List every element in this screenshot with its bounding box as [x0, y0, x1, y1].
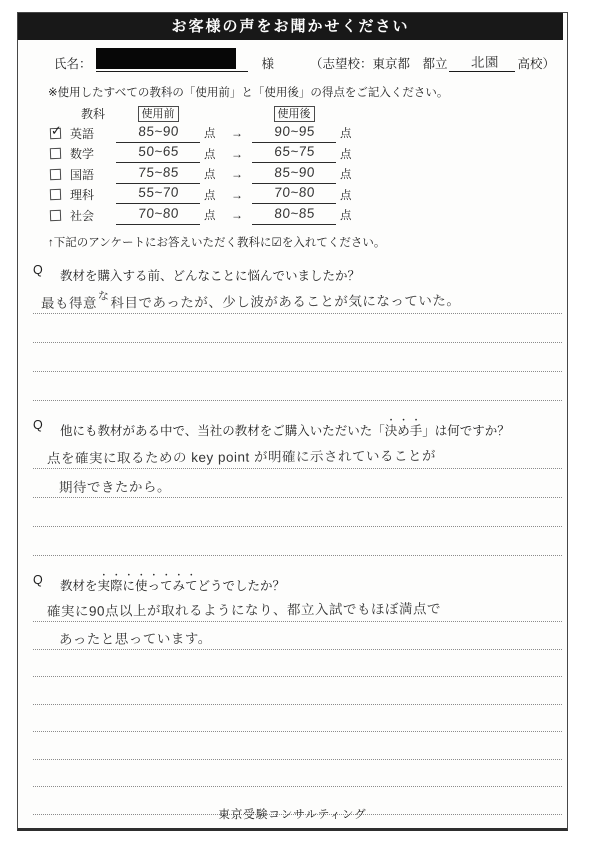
answer-line: [33, 732, 562, 760]
subject-label: 数学: [70, 145, 116, 162]
question-section-1: Q 教材を購入する前、どんなことに悩んでいましたか？ 最も得意な科目であったが、…: [33, 263, 562, 401]
before-score: 75~85: [138, 164, 179, 179]
answer-line: [33, 372, 562, 401]
answer-line: [33, 760, 562, 788]
subject-label: 英語: [70, 125, 116, 142]
after-score: 70~80: [274, 185, 315, 200]
question-text: 教材を購入する前、どんなことに悩んでいましたか？: [60, 263, 360, 284]
question-label: Q: [33, 418, 50, 439]
subject-header: 教科: [70, 105, 116, 122]
answer-line: あったと思っています。: [33, 622, 562, 650]
after-score: 90~95: [274, 123, 315, 138]
question-label: Q: [33, 573, 50, 594]
score-row-science: 理科 55~70 点 → 70~80 点: [50, 185, 567, 206]
answer-line: 期待できたから。: [33, 469, 562, 498]
before-score: 55~70: [138, 185, 179, 200]
before-score: 50~65: [138, 144, 179, 159]
before-header: 使用前: [138, 106, 179, 122]
unit-label: 点: [200, 207, 222, 223]
footer-company-name: 東京受験コンサルティング: [18, 806, 567, 822]
arrow-icon: →: [222, 147, 252, 161]
question-line: Q 他にも教材がある中で、当社の教材をご購入いただいた「決め手」は何ですか？: [33, 418, 562, 439]
form-title: お客様の声をお聞かせください: [171, 18, 409, 35]
answer-line: [33, 343, 562, 372]
subject-checkbox: [50, 128, 61, 139]
answer-line: [33, 650, 562, 678]
after-score: 80~85: [274, 205, 315, 220]
score-row-english: 英語 85~90 点 → 90~95 点: [50, 123, 567, 144]
question-text: 他にも教材がある中で、当社の教材をご購入いただいた「決め手」は何ですか？: [60, 418, 510, 439]
question-line: Q 教材を実際に使ってみてどうでしたか？: [33, 573, 562, 594]
score-row-social: 社会 70~80 点 → 80~85 点: [50, 205, 567, 226]
after-score: 85~90: [274, 164, 315, 179]
score-table-header: 教科 使用前 使用後: [50, 104, 567, 123]
after-header: 使用後: [274, 106, 315, 122]
subject-checkbox: [50, 169, 61, 180]
unit-label: 点: [336, 125, 358, 141]
name-field: [96, 47, 248, 72]
question-section-3: Q 教材を実際に使ってみてどうでしたか？ 確実に90点以上が取れるようになり、都…: [33, 573, 562, 815]
question-line: Q 教材を購入する前、どんなことに悩んでいましたか？: [33, 263, 562, 284]
name-row: 氏名： 様 （志望校：東京都 都立 北園 高校）: [54, 47, 555, 72]
unit-label: 点: [336, 187, 358, 203]
question-text: 教材を実際に使ってみてどうでしたか？: [60, 573, 285, 594]
unit-label: 点: [200, 125, 222, 141]
score-row-japanese: 国語 75~85 点 → 85~90 点: [50, 164, 567, 185]
answer-line: [33, 527, 562, 556]
instruction-note: ※使用したすべての教科の「使用前」と「使用後」の得点をご記入ください。: [48, 84, 567, 100]
name-label: 氏名：: [54, 54, 92, 72]
school-prefix: （志望校：東京都 都立: [310, 54, 448, 72]
question-section-2: Q 他にも教材がある中で、当社の教材をご購入いただいた「決め手」は何ですか？ 点…: [33, 418, 562, 556]
unit-label: 点: [200, 146, 222, 162]
answer-line: 確実に90点以上が取れるようになり、都立入試でもほぼ満点で: [33, 595, 562, 623]
school-suffix: 高校）: [517, 54, 555, 72]
handwritten-answer: 点を確実に取るための key point が明確に示されていることが: [47, 444, 436, 467]
handwritten-answer: 期待できたから。: [59, 475, 171, 496]
unit-label: 点: [336, 146, 358, 162]
handwritten-answer: 最も得意な科目であったが、少し波があることが気になっていた。: [41, 289, 461, 312]
question-label: Q: [33, 263, 50, 284]
before-score: 70~80: [138, 205, 179, 220]
unit-label: 点: [336, 207, 358, 223]
subject-label: 国語: [70, 166, 116, 183]
honorific-label: 様: [262, 54, 275, 72]
answer-line: [33, 677, 562, 705]
handwritten-answer: 確実に90点以上が取れるようになり、都立入試でもほぼ満点で: [47, 597, 441, 620]
name-redaction-box: [96, 48, 236, 69]
arrow-icon: →: [222, 126, 252, 140]
answer-line: 最も得意な科目であったが、少し波があることが気になっていた。: [33, 285, 562, 314]
checkbox-instruction-note: ↑下記のアンケートにお答えいただく教科に☑を入れてください。: [48, 234, 567, 250]
customer-voice-form: お客様の声をお聞かせください 氏名： 様 （志望校：東京都 都立 北園 高校） …: [17, 12, 568, 831]
subject-checkbox: [50, 189, 61, 200]
handwritten-answer: あったと思っています。: [59, 626, 212, 647]
unit-label: 点: [200, 166, 222, 182]
after-score: 65~75: [274, 144, 315, 159]
arrow-icon: →: [222, 167, 252, 181]
score-row-math: 数学 50~65 点 → 65~75 点: [50, 144, 567, 165]
school-name-handwritten: 北園: [466, 51, 499, 71]
answer-line: [33, 705, 562, 733]
arrow-icon: →: [222, 188, 252, 202]
form-title-bar: お客様の声をお聞かせください: [18, 13, 563, 40]
answer-line: [33, 314, 562, 343]
answer-line: [33, 498, 562, 527]
school-name-field: 北園: [449, 51, 515, 72]
answer-line: 点を確実に取るための key point が明確に示されていることが: [33, 440, 562, 469]
subject-label: 理科: [70, 186, 116, 203]
subject-checkbox: [50, 148, 61, 159]
score-table: 教科 使用前 使用後 英語 85~90 点 → 90~95 点 数学 50~65…: [50, 104, 567, 226]
subject-label: 社会: [70, 207, 116, 224]
target-school-line: （志望校：東京都 都立 北園 高校）: [310, 51, 555, 72]
subject-checkbox: [50, 210, 61, 221]
inserted-character: な: [98, 287, 110, 303]
before-score: 85~90: [138, 123, 179, 138]
arrow-icon: →: [222, 208, 252, 222]
unit-label: 点: [200, 187, 222, 203]
unit-label: 点: [336, 166, 358, 182]
